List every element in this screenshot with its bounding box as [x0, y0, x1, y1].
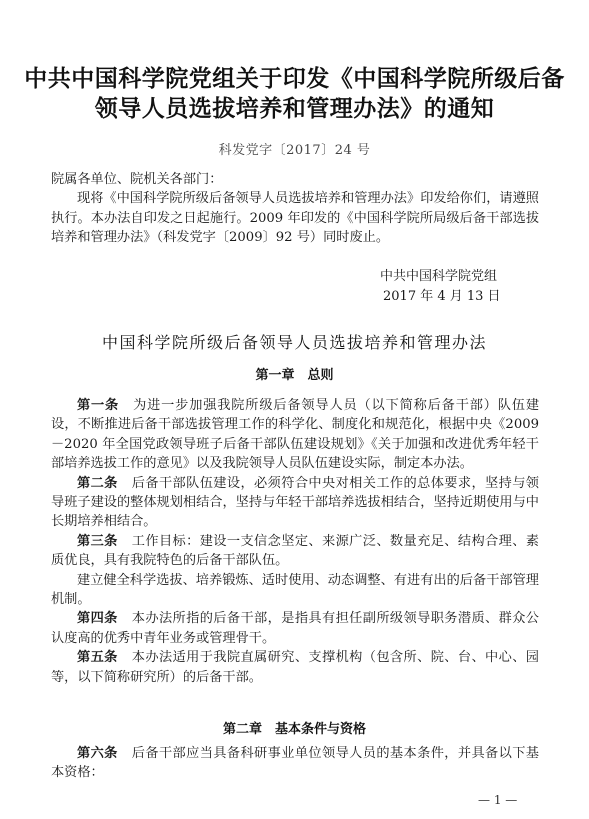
notice-title-line2: 领导人员选拔培养和管理办法》的通知 [0, 94, 589, 124]
article-text: 建立健全科学选拔、培养锻炼、适时使用、动态调整、有进有出的后备干部管理机制。 [51, 573, 539, 607]
article-3: 第三条工作目标：建设一支信念坚定、来源广泛、数量充足、结构合理、素质优良，具有我… [51, 532, 539, 571]
salutation: 院属各单位、院机关各部门： [51, 170, 539, 189]
article-label: 第一条 [77, 398, 119, 413]
issuer: 中共中国科学院党组 [380, 267, 497, 286]
article-4: 第四条本办法所指的后备干部，是指具有担任副所级领导职务潜质、群众公认度高的优秀中… [51, 609, 539, 648]
chapter-2-articles: 第六条后备干部应当具备科研事业单位领导人员的基本条件，并具备以下基本资格： [51, 744, 539, 783]
issue-date: 2017 年 4 月 13 日 [383, 287, 501, 306]
chapter-heading-2: 第二章 基本条件与资格 [0, 718, 589, 737]
notice-title-line1: 中共中国科学院党组关于印发《中国科学院所级后备 [0, 64, 589, 94]
article-label: 第五条 [77, 650, 118, 665]
article-label: 第四条 [77, 611, 118, 626]
chapter-heading-1: 第一章 总则 [0, 364, 589, 383]
article-label: 第三条 [77, 534, 118, 549]
chapter-1-articles: 第一条为进一步加强我院所级后备领导人员（以下简称后备干部）队伍建设，不断推进后备… [51, 396, 539, 687]
regulation-title: 中国科学院所级后备领导人员选拔培养和管理办法 [0, 330, 589, 353]
page-number: — 1 — [478, 793, 517, 807]
document-number: 科发党字〔2017〕24 号 [0, 139, 589, 158]
article-text: 本办法所指的后备干部，是指具有担任副所级领导职务潜质、群众公认度高的优秀中青年业… [51, 611, 539, 645]
article-text: 后备干部队伍建设，必须符合中央对相关工作的总体要求，坚持与领导班子建设的整体规划… [51, 476, 539, 530]
article-text: 本办法适用于我院直属研究、支撑机构（包含所、院、台、中心、园等，以下简称研究所）… [51, 650, 539, 684]
notice-body: 院属各单位、院机关各部门： 现将《中国科学院所级后备领导人员选拔培养和管理办法》… [51, 170, 539, 248]
article-label: 第六条 [77, 746, 118, 761]
article-label: 第二条 [77, 476, 118, 491]
article-text: 工作目标：建设一支信念坚定、来源广泛、数量充足、结构合理、素质优良，具有我院特色… [51, 534, 539, 568]
article-text: 后备干部应当具备科研事业单位领导人员的基本条件，并具备以下基本资格： [51, 746, 539, 780]
article-6: 第六条后备干部应当具备科研事业单位领导人员的基本条件，并具备以下基本资格： [51, 744, 539, 783]
notice-paragraph: 现将《中国科学院所级后备领导人员选拔培养和管理办法》印发给你们，请遵照执行。本办… [51, 189, 539, 247]
document-page: 中共中国科学院党组关于印发《中国科学院所级后备 领导人员选拔培养和管理办法》的通… [0, 0, 589, 819]
article-2: 第二条后备干部队伍建设，必须符合中央对相关工作的总体要求，坚持与领导班子建设的整… [51, 474, 539, 532]
article-3-continued: 建立健全科学选拔、培养锻炼、适时使用、动态调整、有进有出的后备干部管理机制。 [51, 571, 539, 610]
article-5: 第五条本办法适用于我院直属研究、支撑机构（包含所、院、台、中心、园等，以下简称研… [51, 648, 539, 687]
article-text: 为进一步加强我院所级后备领导人员（以下简称后备干部）队伍建设，不断推进后备干部选… [51, 398, 539, 471]
article-1: 第一条为进一步加强我院所级后备领导人员（以下简称后备干部）队伍建设，不断推进后备… [51, 396, 539, 474]
